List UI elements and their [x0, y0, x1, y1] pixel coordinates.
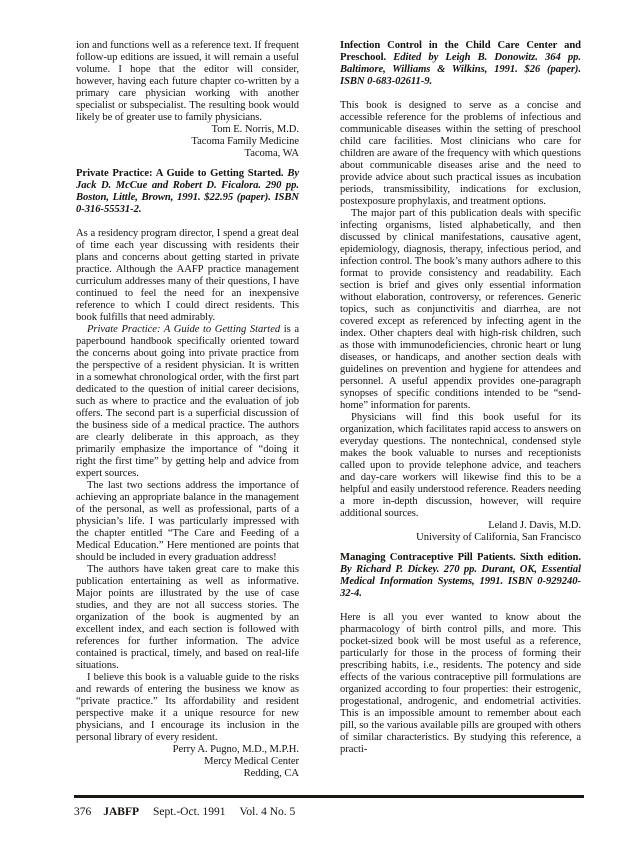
page-number: 376: [74, 806, 91, 818]
review-paragraph: This book is designed to serve as a conc…: [340, 100, 581, 208]
reviewer-name: Tom E. Norris, M.D.: [76, 124, 299, 136]
reviewer-affiliation: Tacoma Family Medicine: [76, 136, 299, 148]
reviewer-signature: Leland J. Davis, M.D. University of Cali…: [340, 520, 581, 544]
page-footer: 376JABFPSept.-Oct. 1991Vol. 4 No. 5: [74, 805, 584, 819]
inline-book-title: Private Practice: A Guide to Getting Sta…: [87, 324, 280, 335]
reviewer-signature: Perry A. Pugno, M.D., M.P.H. Mercy Medic…: [76, 744, 299, 780]
footer-rule: [74, 795, 584, 798]
review-paragraph: The authors have taken great care to mak…: [76, 564, 299, 672]
issue-date: Sept.-Oct. 1991: [153, 806, 226, 818]
journal-page: ion and functions well as a reference te…: [0, 0, 620, 841]
review-paragraph: The last two sections address the import…: [76, 480, 299, 564]
reviewer-affiliation: Mercy Medical Center: [76, 756, 299, 768]
review-paragraph: I believe this book is a valuable guide …: [76, 672, 299, 744]
review-paragraph-continued: ion and functions well as a reference te…: [76, 40, 299, 124]
book-title: Managing Contraceptive Pill Patients. Si…: [340, 552, 581, 563]
reviewer-name: Leland J. Davis, M.D.: [340, 520, 581, 532]
book-review-heading: Managing Contraceptive Pill Patients. Si…: [340, 552, 581, 600]
reviewer-signature: Tom E. Norris, M.D. Tacoma Family Medici…: [76, 124, 299, 160]
review-paragraph: The major part of this publication deals…: [340, 208, 581, 412]
review-paragraph: Private Practice: A Guide to Getting Sta…: [76, 324, 299, 480]
review-paragraph: Here is all you ever wanted to know abou…: [340, 612, 581, 756]
right-column: Infection Control in the Child Care Cent…: [340, 40, 581, 756]
reviewer-affiliation: University of California, San Francisco: [340, 532, 581, 544]
left-column: ion and functions well as a reference te…: [76, 40, 299, 780]
book-review-heading: Infection Control in the Child Care Cent…: [340, 40, 581, 88]
review-paragraph: Physicians will find this book useful fo…: [340, 412, 581, 520]
journal-abbreviation: JABFP: [103, 806, 139, 818]
book-citation: By Richard P. Dickey. 270 pp. Durant, OK…: [340, 564, 581, 599]
reviewer-name: Perry A. Pugno, M.D., M.P.H.: [76, 744, 299, 756]
book-review-heading: Private Practice: A Guide to Getting Sta…: [76, 168, 299, 216]
paragraph-text: is a paperbound handbook specifically or…: [76, 324, 299, 479]
book-title: Private Practice: A Guide to Getting Sta…: [76, 168, 284, 179]
reviewer-location: Tacoma, WA: [76, 148, 299, 160]
review-paragraph: As a residency program director, I spend…: [76, 228, 299, 324]
reviewer-location: Redding, CA: [76, 768, 299, 780]
volume-number: Vol. 4 No. 5: [240, 806, 296, 818]
